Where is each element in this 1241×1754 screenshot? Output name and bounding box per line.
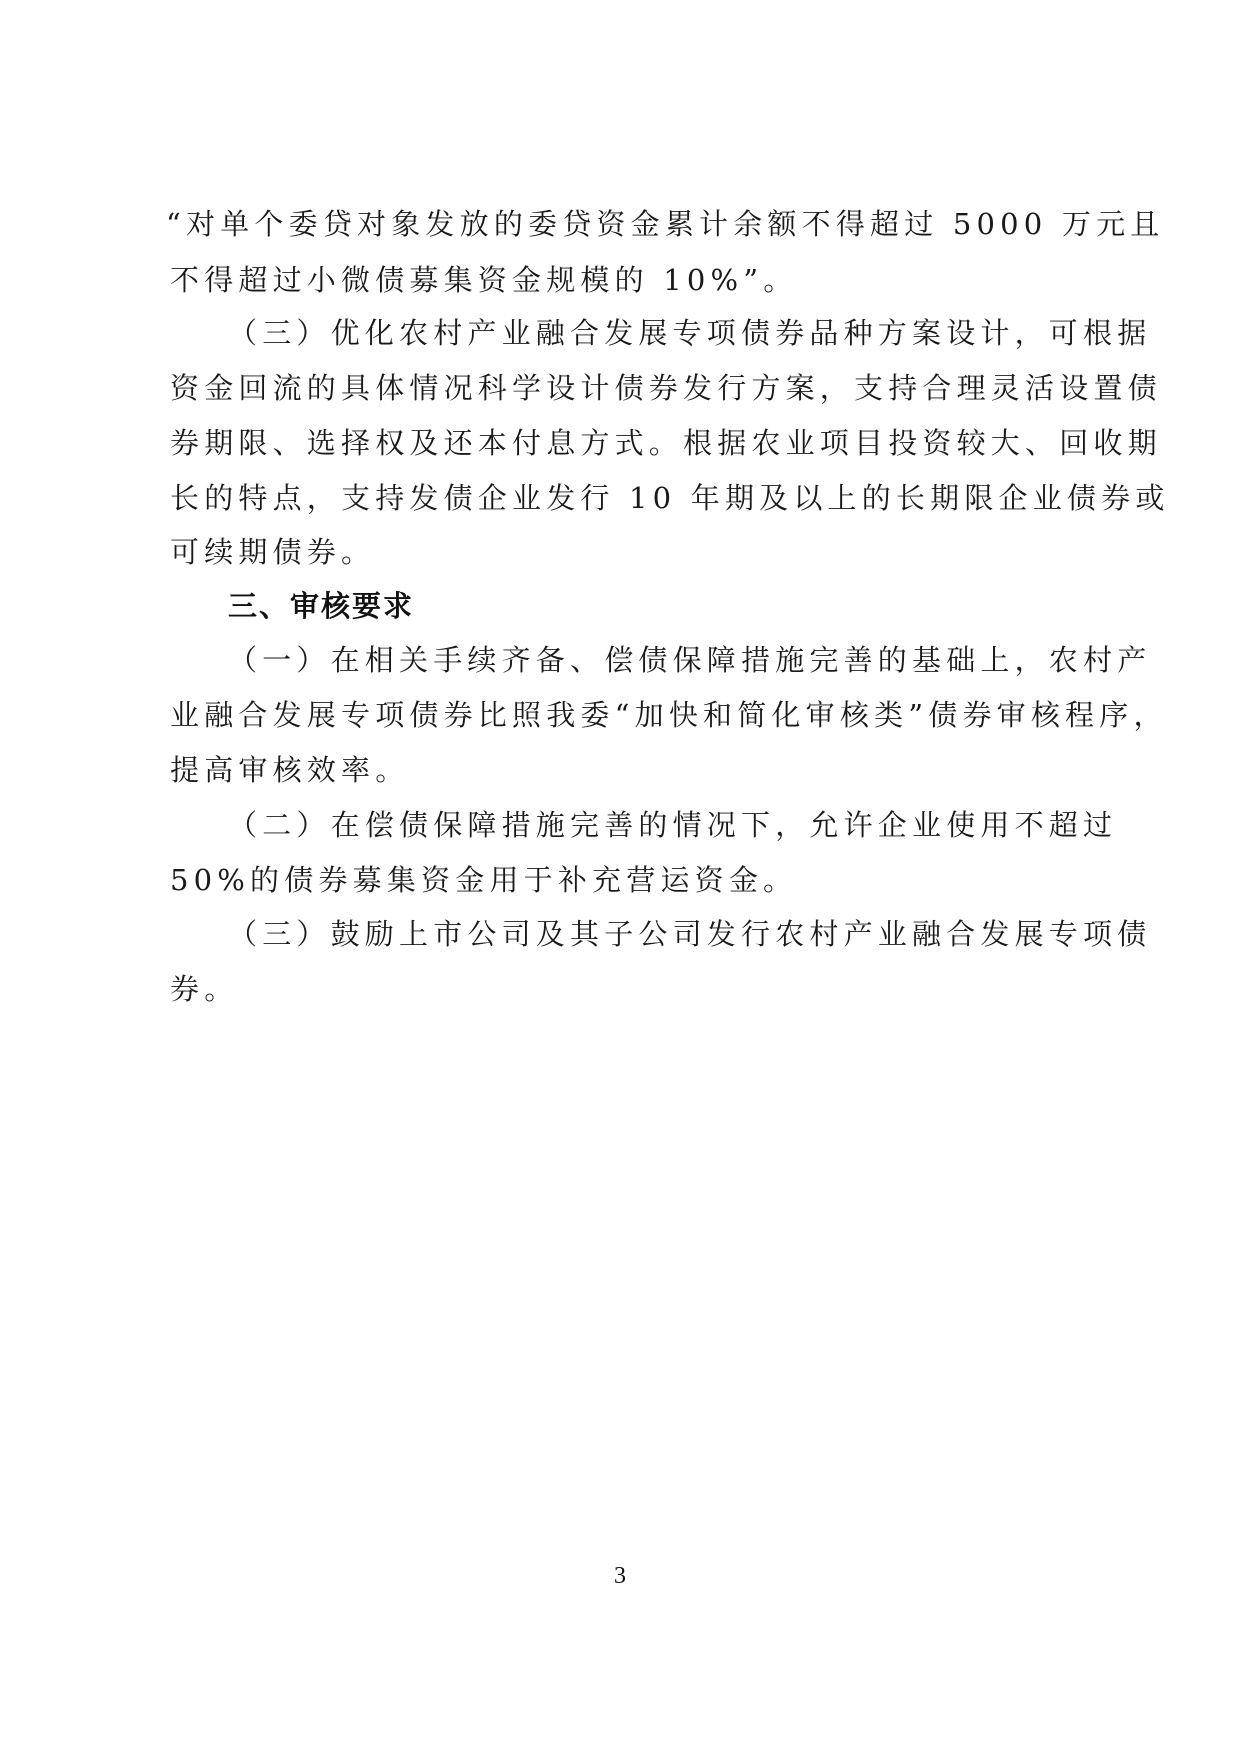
paragraph-line: （三）优化农村产业融合发展专项债券品种方案设计，可根据 [228,313,1073,353]
document-page: “对单个委贷对象发放的委贷资金累计余额不得超过 5000 万元且 不得超过小微债… [0,0,1241,1754]
paragraph-line: 可续期债券。 [170,532,1075,572]
paragraph-line: 业融合发展专项债券比照我委“加快和简化审核类”债券审核程序， [170,695,1075,735]
paragraph-line: 提高审核效率。 [170,750,1075,790]
paragraph-line: 不得超过小微债募集资金规模的 10%”。 [170,260,1075,300]
section-heading: 三、审核要求 [228,586,1073,626]
paragraph-line: 券。 [170,969,1075,1009]
paragraph-line: （三）鼓励上市公司及其子公司发行农村产业融合发展专项债 [228,914,1073,954]
paragraph-line: （一）在相关手续齐备、偿债保障措施完善的基础上，农村产 [228,640,1073,680]
paragraph-line: 50%的债券募集资金用于补充营运资金。 [170,860,1075,900]
paragraph-line: 资金回流的具体情况科学设计债券发行方案，支持合理灵活设置债 [170,368,1075,408]
paragraph-line: “对单个委贷对象发放的委贷资金累计余额不得超过 5000 万元且 [166,204,1071,244]
page-number: 3 [610,1562,630,1590]
paragraph-line: （二）在偿债保障措施完善的情况下，允许企业使用不超过 [228,805,1073,845]
paragraph-line: 券期限、选择权及还本付息方式。根据农业项目投资较大、回收期 [170,423,1075,463]
paragraph-line: 长的特点，支持发债企业发行 10 年期及以上的长期限企业债券或 [170,478,1075,518]
